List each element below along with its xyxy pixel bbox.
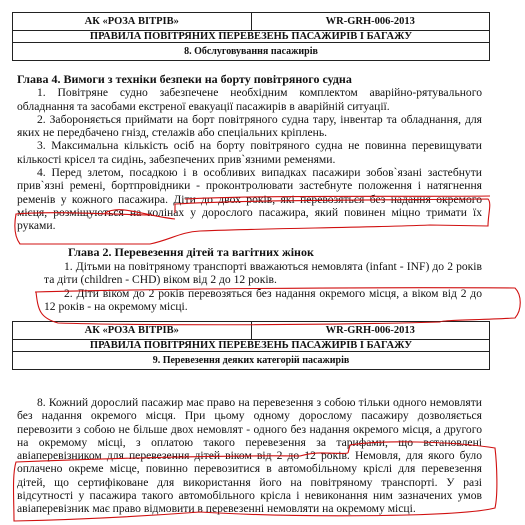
chapter-2-items: 1. Дітьми на повітряному транспорті вваж… <box>44 260 482 313</box>
highlighted-paragraph: 2. Діти віком до 2 років перевозяться бе… <box>44 287 482 314</box>
document-header-table-1: АК «РОЗА ВІТРІВ» WR-GRH-006-2013 ПРАВИЛА… <box>12 12 490 61</box>
company-name: АК «РОЗА ВІТРІВ» <box>13 322 252 340</box>
chapter-2-title: Глава 2. Перевезення дітей та вагітних ж… <box>48 246 482 259</box>
paragraph-8: 8. Кожний дорослий пасажир має право на … <box>17 396 482 516</box>
document-title: ПРАВИЛА ПОВІТРЯНИХ ПЕРЕВЕЗЕНЬ ПАСАЖИРІВ … <box>13 340 490 352</box>
company-name: АК «РОЗА ВІТРІВ» <box>13 13 252 31</box>
paragraph: 1. Дітьми на повітряному транспорті вваж… <box>44 260 482 287</box>
paragraph: 2. Забороняється приймати на борт повітр… <box>17 113 482 140</box>
document-header-table-2: АК «РОЗА ВІТРІВ» WR-GRH-006-2013 ПРАВИЛА… <box>12 321 490 370</box>
document-code: WR-GRH-006-2013 <box>251 13 490 31</box>
paragraph: 1. Повітряне судно забезпечене необхідни… <box>17 86 482 113</box>
document-code: WR-GRH-006-2013 <box>251 322 490 340</box>
chapter-2-block: Глава 2. Перевезення дітей та вагітних ж… <box>48 246 482 259</box>
section-title: 8. Обслуговування пасажирів <box>13 43 490 61</box>
section-title: 9. Перевезення деяких категорій пасажирі… <box>13 352 490 370</box>
section-9-block: 8. Кожний дорослий пасажир має право на … <box>17 396 482 516</box>
chapter-4-block: Глава 4. Вимоги з техніки безпеки на бор… <box>17 73 482 233</box>
chapter-4-title: Глава 4. Вимоги з техніки безпеки на бор… <box>17 73 482 86</box>
paragraph-4: 4. Перед злетом, посадкою і в особливих … <box>17 166 482 232</box>
paragraph: 3. Максимальна кількість осіб на борту п… <box>17 139 482 166</box>
document-title: ПРАВИЛА ПОВІТРЯНИХ ПЕРЕВЕЗЕНЬ ПАСАЖИРІВ … <box>13 31 490 43</box>
